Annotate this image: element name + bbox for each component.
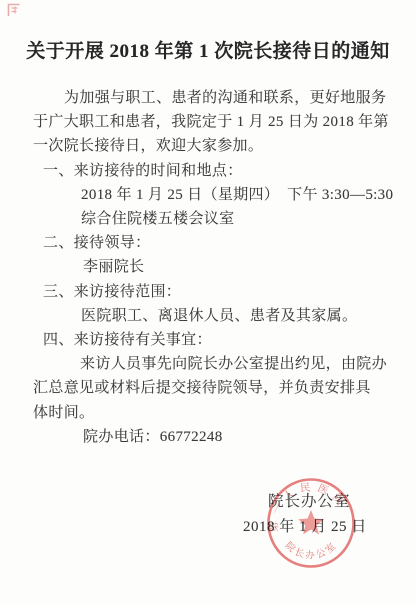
document-title: 关于开展 2018 年第 1 次院长接待日的通知 xyxy=(0,36,416,63)
seal-bottom-text: 院长办公室 xyxy=(283,539,340,561)
body-line: 汇总意见或材料后提交接待院领导，并负责安排具 xyxy=(33,376,387,400)
svg-text:院长办公室: 院长办公室 xyxy=(283,539,340,561)
body-line: 体时间。 xyxy=(33,401,387,425)
body-line: 二、接待领导： xyxy=(33,231,387,255)
body-line: 一、来访接待的时间和地点： xyxy=(33,159,387,183)
official-seal: 第一人民医院 院长办公室 xyxy=(265,477,359,571)
body-line: 李丽院长 xyxy=(33,255,387,279)
body-line: 来访人员事先向院长办公室提出约见，由院办 xyxy=(33,352,387,376)
document-body: 为加强与职工、患者的沟通和联系，更好地服务于广大职工和患者，我院定于 1 月 2… xyxy=(33,86,387,449)
body-line: 四、来访接待有关事宜： xyxy=(33,328,387,352)
notice-document: 关于开展 2018 年第 1 次院长接待日的通知 为加强与职工、患者的沟通和联系… xyxy=(0,0,416,604)
body-line: 综合住院楼五楼会议室 xyxy=(33,207,387,231)
body-line: 院办电话：66772248 xyxy=(33,425,387,449)
partial-stamp-icon xyxy=(7,3,21,17)
body-line: 于广大职工和患者，我院定于 1 月 25 日为 2018 年第 xyxy=(33,110,387,134)
body-line: 2018 年 1 月 25 日（星期四） 下午 3:30—5:30 xyxy=(33,183,387,207)
star-icon xyxy=(298,510,324,534)
body-line: 医院职工、离退休人员、患者及其家属。 xyxy=(33,304,387,328)
body-line: 三、来访接待范围： xyxy=(33,280,387,304)
body-line: 为加强与职工、患者的沟通和联系，更好地服务 xyxy=(33,86,387,110)
body-line: 一次院长接待日，欢迎大家参加。 xyxy=(33,134,387,158)
